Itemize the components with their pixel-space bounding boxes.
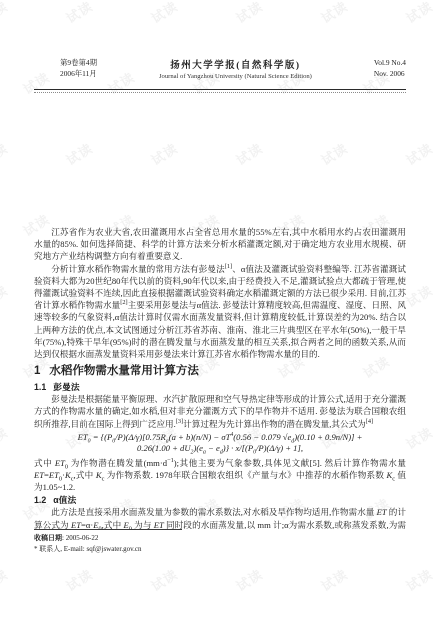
header-divider-thin-line bbox=[34, 92, 406, 93]
section-1-2-heading: 1.2α值法 bbox=[34, 494, 406, 506]
issue-date-en: Nov. 2006 bbox=[374, 68, 406, 79]
footnote-divider bbox=[34, 529, 182, 530]
footnote-block: 收稿日期: 2005-06-22 * 联系人, E-mail: sqf@jswa… bbox=[34, 529, 406, 554]
section-1-heading: 1水稻作物需水量常用计算方法 bbox=[34, 364, 406, 378]
section-1-title: 水稻作物需水量常用计算方法 bbox=[49, 365, 199, 377]
intro-paragraph-1: 江苏省作为农业大省,农田灌溉用水占全省总用水量的55%左右,其中水稻用水约占农田… bbox=[34, 226, 406, 263]
header-journal-title: 扬州大学学报(自然科学版) Journal of Yangzhou Univer… bbox=[97, 57, 374, 80]
section-1-number: 1 bbox=[34, 365, 40, 377]
volume-issue-en: Vol.9 No.4 bbox=[374, 57, 406, 68]
journal-page: 试读试读试读试读试读试读试读试读试读试读试读试读试读试读试读试读试读试读试读试读… bbox=[0, 0, 440, 620]
journal-title-en: Journal of Yangzhou University (Natural … bbox=[97, 73, 374, 80]
intro-paragraph-2: 分析计算水稻作物需水量的常用方法有彭曼法[1]、α值法及灌溉试验资料整编等. 江… bbox=[34, 263, 406, 361]
section-1-1-number: 1.1 bbox=[34, 382, 46, 392]
journal-title-cn: 扬州大学学报(自然科学版) bbox=[97, 57, 374, 71]
section-1-2-title: α值法 bbox=[53, 495, 76, 505]
contact-email: sqf@jswater.gov.cn bbox=[87, 545, 142, 553]
formula-line-1: ET0 = {(P0/P)(Δ/γ)[0.75Ra(a + b)(n/N) − … bbox=[34, 432, 406, 444]
section-1-1-title: 彭曼法 bbox=[53, 382, 79, 392]
article-body: 江苏省作为农业大省,农田灌溉用水占全省总用水量的55%左右,其中水稻用水约占农田… bbox=[34, 226, 406, 543]
journal-header: 第9卷第4期 2006年11月 扬州大学学报(自然科学版) Journal of… bbox=[34, 57, 406, 80]
contact-prefix: * 联系人, E-mail: bbox=[34, 545, 87, 553]
penman-formula: ET0 = {(P0/P)(Δ/γ)[0.75Ra(a + b)(n/N) − … bbox=[34, 432, 406, 455]
issue-date-cn: 2006年11月 bbox=[60, 68, 97, 79]
header-divider-thick-line bbox=[34, 89, 406, 90]
received-date-line: 收稿日期: 2005-06-22 bbox=[34, 533, 406, 544]
section-1-2-number: 1.2 bbox=[34, 495, 46, 505]
received-date-value: : 2005-06-22 bbox=[62, 534, 98, 542]
volume-issue-cn: 第9卷第4期 bbox=[60, 57, 97, 68]
received-date-label: 收稿日期 bbox=[34, 534, 62, 542]
formula-note-paragraph: 式中 ET0 为作物潜在腾发量(mm·d−1);其他主要为气象参数,具体见文献[… bbox=[34, 457, 406, 494]
contact-line: * 联系人, E-mail: sqf@jswater.gov.cn bbox=[34, 544, 406, 555]
section-1-1-heading: 1.1彭曼法 bbox=[34, 381, 406, 393]
header-divider bbox=[34, 89, 406, 93]
header-issue-info: 第9卷第4期 2006年11月 bbox=[34, 57, 97, 79]
penman-paragraph: 彭曼法是根据能量平衡原理、水汽扩散原理和空气导热定律等形成的计算公式,适用于充分… bbox=[34, 393, 406, 430]
formula-line-2: 0.26(1.00 + dU2)(ea − ed)} · x/[(P0/P)(Δ… bbox=[34, 443, 406, 455]
header-vol-info: Vol.9 No.4 Nov. 2006 bbox=[374, 57, 406, 79]
